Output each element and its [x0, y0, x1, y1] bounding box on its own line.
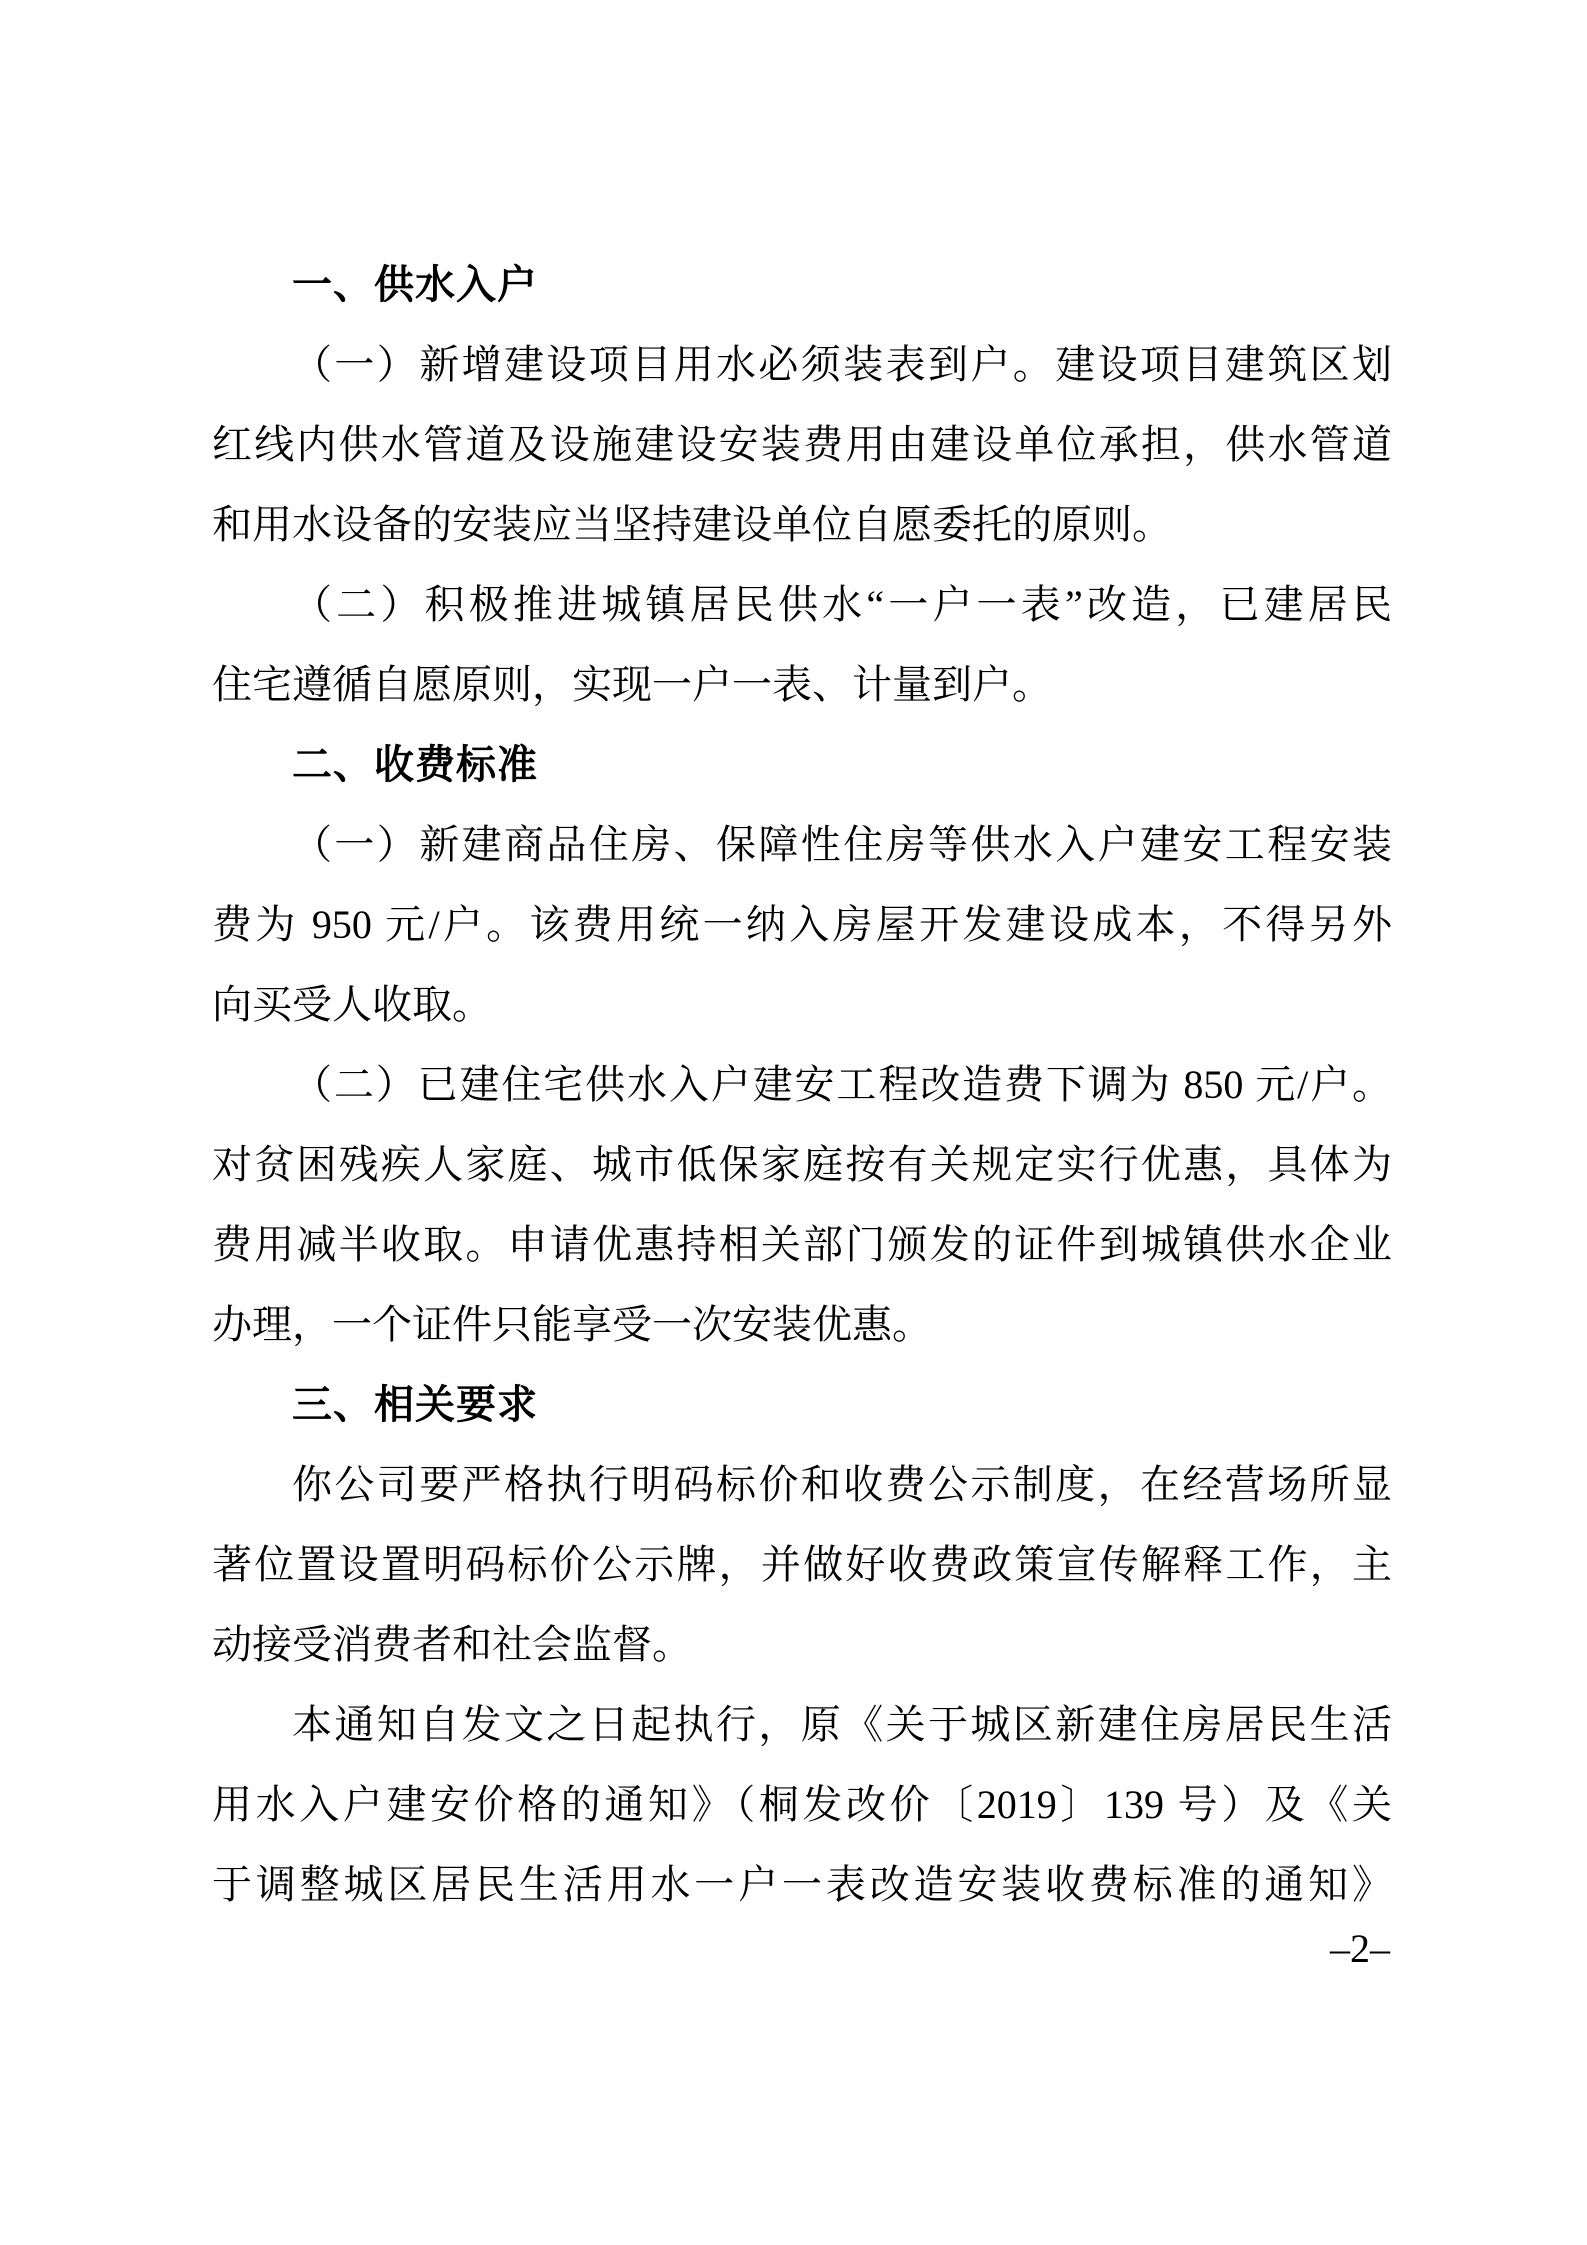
- text-line: 你公司要严格执行明码标价和收费公示制度，在经营场所显: [212, 1445, 1392, 1525]
- text-line: 对贫困残疾人家庭、城市低保家庭按有关规定实行优惠，具体为: [212, 1125, 1392, 1205]
- document-body: 一、供水入户（一）新增建设项目用水必须装表到户。建设项目建筑区划红线内供水管道及…: [212, 245, 1392, 1925]
- text-line: 费用减半收取。申请优惠持相关部门颁发的证件到城镇供水企业: [212, 1205, 1392, 1285]
- text-line: 向买受人收取。: [212, 965, 1392, 1045]
- paragraph: （二）已建住宅供水入户建安工程改造费下调为 850 元/户。对贫困残疾人家庭、城…: [212, 1045, 1392, 1365]
- text-line: 动接受消费者和社会监督。: [212, 1605, 1392, 1685]
- text-line: 红线内供水管道及设施建设安装费用由建设单位承担，供水管道: [212, 405, 1392, 485]
- text-line: 和用水设备的安装应当坚持建设单位自愿委托的原则。: [212, 485, 1392, 565]
- section-heading: 三、相关要求: [212, 1365, 1392, 1445]
- section-heading: 一、供水入户: [212, 245, 1392, 325]
- paragraph: （二）积极推进城镇居民供水“一户一表”改造，已建居民住宅遵循自愿原则，实现一户一…: [212, 565, 1392, 725]
- text-line: 住宅遵循自愿原则，实现一户一表、计量到户。: [212, 645, 1392, 725]
- text-line: 本通知自发文之日起执行，原《关于城区新建住房居民生活: [212, 1685, 1392, 1765]
- text-line: （一）新建商品住房、保障性住房等供水入户建安工程安装: [212, 805, 1392, 885]
- text-line: 于调整城区居民生活用水一户一表改造安装收费标准的通知》: [212, 1845, 1392, 1925]
- paragraph: （一）新增建设项目用水必须装表到户。建设项目建筑区划红线内供水管道及设施建设安装…: [212, 325, 1392, 565]
- text-line: 用水入户建安价格的通知》（桐发改价〔2019〕139 号）及《关: [212, 1765, 1392, 1845]
- paragraph: （一）新建商品住房、保障性住房等供水入户建安工程安装费为 950 元/户。该费用…: [212, 805, 1392, 1045]
- text-line: 费为 950 元/户。该费用统一纳入房屋开发建设成本，不得另外: [212, 885, 1392, 965]
- text-line: （一）新增建设项目用水必须装表到户。建设项目建筑区划: [212, 325, 1392, 405]
- text-line: 著位置设置明码标价公示牌，并做好收费政策宣传解释工作，主: [212, 1525, 1392, 1605]
- paragraph: 本通知自发文之日起执行，原《关于城区新建住房居民生活用水入户建安价格的通知》（桐…: [212, 1685, 1392, 1925]
- text-line: 办理，一个证件只能享受一次安装优惠。: [212, 1285, 1392, 1365]
- section-heading: 二、收费标准: [212, 725, 1392, 805]
- text-line: （二）已建住宅供水入户建安工程改造费下调为 850 元/户。: [212, 1045, 1392, 1125]
- paragraph: 你公司要严格执行明码标价和收费公示制度，在经营场所显著位置设置明码标价公示牌，并…: [212, 1445, 1392, 1685]
- page-number: –2–: [1330, 1925, 1390, 1973]
- document-page: 一、供水入户（一）新增建设项目用水必须装表到户。建设项目建筑区划红线内供水管道及…: [0, 0, 1587, 2245]
- text-line: （二）积极推进城镇居民供水“一户一表”改造，已建居民: [212, 565, 1392, 645]
